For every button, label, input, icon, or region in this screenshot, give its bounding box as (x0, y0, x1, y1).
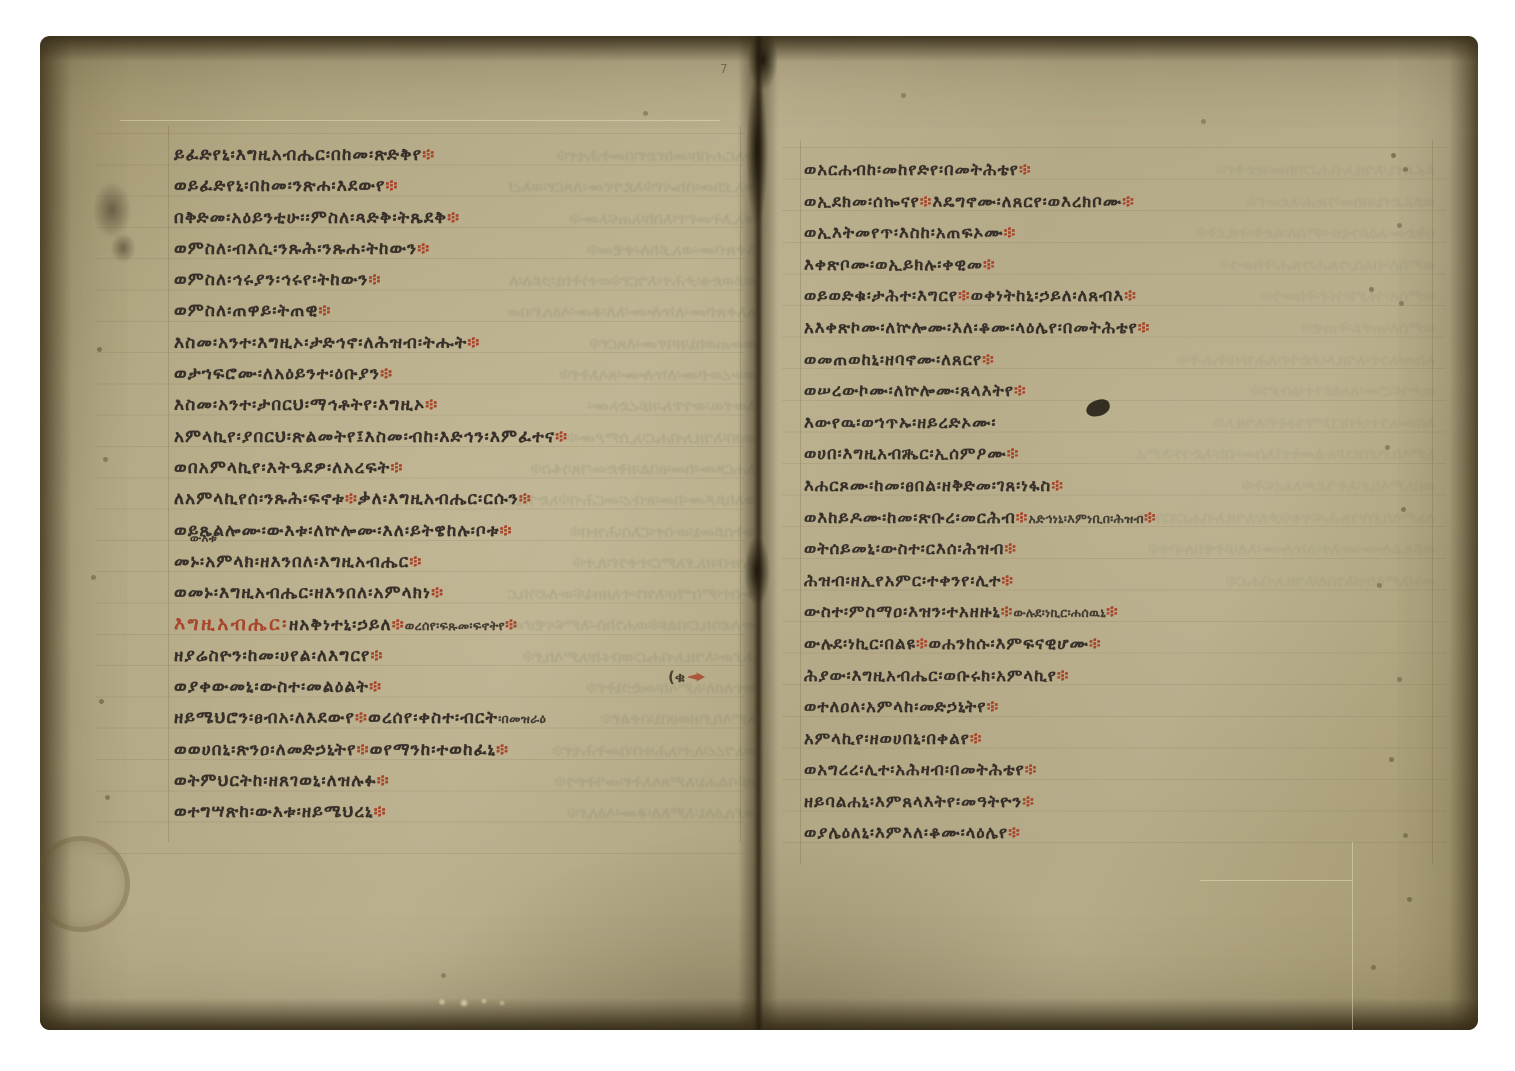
body-text: ወምስለ፡ብእሲ፡ንጹሕ፡ንጹሐ፡ትከውን (174, 239, 417, 259)
ghost-line: መኑ፡አምላክ፡ዘእንበለ፡እግዚአብሔር፨ (1135, 565, 1435, 594)
text-line: ሕያው፡እግዚአብሔር፡ወቡሩክ፡አምላኪየ፨ (804, 660, 1157, 692)
body-text: ዘያሬስዮን፡ከመ፡ሀየል፡ለእግርየ (174, 646, 371, 666)
text-line: ወያሌዕለኒ፡እምእለ፡ቆሙ፡ላዕሌየ፨ (804, 817, 1157, 849)
text-line: አምላኪየ፡ዘወሀበኒ፡በቀልየ፨ (804, 723, 1157, 755)
text-line: አእቀጽኮሙ፡ለኵሎሙ፡እለ፡ቆሙ፡ላዕሌየ፡በመትሕቴየ፨ (804, 312, 1157, 344)
rubric-text: ፨ (374, 802, 387, 822)
body-text: ወእከይዶሙ፡ከመ፡ጽቡረ፡መርሕብ (804, 508, 1016, 527)
body-text: እዴግኖሙ፡ለጸርየ፡ወእረክቦሙ (932, 192, 1122, 211)
interlinear-note: ፕ፡ (902, 446, 914, 461)
rubric-text: ፨ (983, 255, 996, 274)
rubric-text: ፨ (447, 208, 460, 228)
red-pointer-mark (688, 672, 705, 682)
rubric-text: ፨ (1144, 508, 1157, 527)
body-text: ሕያው፡እግዚአብሔር፡ወቡሩክ፡አምላኪየ (804, 666, 1057, 685)
body-text: ዘይባልሐኒ፡እምጸላእትየ፡መዓትዮን (804, 792, 1022, 811)
ghost-line: ወምስለ፡ብእሲ፡ንጹሕ፡ንጹሐ፡ትከውን፨ (1135, 249, 1435, 281)
crease-line (120, 120, 720, 121)
rubric-text: ፨ (1004, 539, 1017, 558)
rubric-text: ፨ (1051, 476, 1064, 495)
body-text: ወይፈድየኒ፡በከመ፡ንጽሐ፡እደውየ (174, 176, 386, 196)
body-text: አምላኪየ፡ዘወሀበኒ፡በቀልየ (804, 729, 970, 748)
rubric-text: ፨ (1089, 634, 1102, 653)
left-text-column: ይፈድየኒ፡እግዚአብሔር፡በከመ፡ጽድቅየ፨ወይፈድየኒ፡በከመ፡ንጽሐ፡እደ… (174, 140, 568, 829)
rubric-text: ፨ (1014, 381, 1027, 400)
body-text: ወምስለ፡ጠዋይ፡ትጠዊ (174, 301, 318, 321)
rubric-text: ፨ (1016, 508, 1029, 527)
rubric-text: ፨ (392, 615, 405, 635)
rubric-text: ፨ (425, 395, 438, 415)
ghost-line: ወምስለ፡ጠዋይ፡ትጠዊ፨ (1135, 312, 1435, 344)
text-line: እቀጽቦሙ፡ወኢይክሉ፡ቀዊመ፨ (804, 249, 1157, 281)
gutter-shadow-blob (744, 536, 770, 606)
rubric-text: ፨ (1007, 444, 1020, 463)
text-line: ወምስለ፡ኅሩያን፡ኅሩየ፡ትከውን፨ (174, 265, 568, 296)
body-text: በቅድመ፡አዕይንቲሁ፡፡ምስለ፡ጻድቅ፡ትጼደቅ (174, 208, 447, 228)
body-text: ወተለዐለ፡አምላከ፡መድኃኒትየ (804, 697, 987, 716)
wax-spots (432, 994, 522, 1010)
body-text: ወበአምላኪየ፡እትዔደዎ፡ለአረፍት (174, 458, 390, 478)
rubric-text: ፨ (1138, 318, 1151, 337)
ink-blotch-stain (86, 172, 138, 248)
text-line: ወወሀበኒ፡ጽንዐ፡ለመድኃኒትየ፨ወየማንከ፡ተወከፈኒ፨ (174, 735, 568, 766)
body-text: ውስተ፡ምስማዐ፡እዝን፡ተአዘዙኒ (804, 602, 1001, 621)
rubric-text: እግዚአብሔር፡ (174, 613, 289, 635)
ghost-line: ወታኀፍሮሙ፡ለአዕይንተ፡ዕቡያን፨ (1135, 375, 1435, 407)
text-line: ወይፈድየኒ፡በከመ፡ንጽሐ፡እደውየ፨ (174, 171, 568, 202)
rubric-text: ፨ (431, 583, 444, 603)
text-line: ወትሰይመኒ፡ውስተ፡ርእሰ፡ሕዝብ፨ (804, 533, 1157, 565)
rubric-text: ፨ (496, 740, 509, 760)
rubric-text: ፨ (987, 697, 1000, 716)
body-text: ዘይሜህሮን፡ፀብአ፡ለእደውየ (174, 708, 355, 728)
rubric-text: ፨ (1122, 192, 1135, 211)
text-line: ወመጠወከኒ፡ዘባኖሙ፡ለጸርየ፨ (804, 344, 1157, 376)
text-line: ወተግሣጽከ፡ውእቱ፡ዘይሜህረኒ፨ (174, 797, 568, 828)
rubric-text: ፨ (1019, 160, 1032, 179)
text-line: ወአርሐብከ፡መከየድየ፡በመትሕቴየ፨ (804, 154, 1157, 186)
text-line: ወሠረውኮሙ፡ለኵሎሙ፡ጸላእትየ፨ (804, 375, 1157, 407)
text-line: ወኢደክመ፡ሰኰናየ፨እዴግኖሙ፡ለጸርየ፡ወእረክቦሙ፨ (804, 186, 1157, 218)
rubric-text: ፨ (970, 729, 983, 748)
body-text: ዘአቅነተኒ፡ኃይለ (289, 615, 392, 635)
body-text: እውየዉ፡ወኀጥኡ፡ዘይረድኦሙ፡ (804, 413, 997, 432)
body-text: ወይጼልሎሙ፡ውእቱ፡ለኵሎሙ፡እለ፡ይትዌከሉ፡ቦቱ (174, 521, 500, 541)
rubric-text: ፨ (1124, 286, 1137, 305)
body-text: ወወሀበኒ፡ጽንዐ፡ለመድኃኒትየ (174, 740, 357, 760)
manuscript-photo: ወአርሐብከ፡መከየድየ፡በመትሕቴየ፨ወኢደክመ፡ሰኰናየ፨እዴግኖሙ፡ለጸር… (40, 36, 1478, 1030)
rubric-text: ፨ (505, 615, 518, 635)
gutter-shadow-blob (746, 76, 768, 226)
rubric-text: ፨ (369, 270, 382, 290)
body-text: ወሐንከሱ፡እምፍናዊሆሙ (929, 634, 1089, 653)
body-text: ቃለ፡እግዚአብሔር፡ርሱን (358, 489, 519, 509)
rubric-text: ፨ (422, 145, 435, 165)
body-text: ወመጠወከኒ፡ዘባኖሙ፡ለጸርየ (804, 350, 982, 369)
interlinear-note: ውእቱ (190, 531, 217, 546)
rubric-text: ፨ (916, 634, 929, 653)
bleedthrough-text: ይፈድየኒ፡እግዚአብሔር፡በከመ፡ጽድቅየ፨ወይፈድየኒ፡በከመ፡ንጽሐ፡እደ… (1135, 154, 1435, 594)
text-line: ወያቀውመኒ፡ውስተ፡መልዕልት፨ (174, 672, 568, 703)
body-text: ወትሰይመኒ፡ውስተ፡ርእሰ፡ሕዝብ (804, 539, 1004, 558)
text-line: ውስተ፡ምስማዐ፡እዝን፡ተአዘዙኒ፨ውሉደ፡ነኪር፡ሐሰዉኒ፨ (804, 596, 1157, 628)
text-line: በቅድመ፡አዕይንቲሁ፡፡ምስለ፡ጻድቅ፡ትጼደቅ፨ (174, 203, 568, 234)
rubric-text: ፨ (318, 301, 331, 321)
body-text: ወምስለ፡ኅሩያን፡ኅሩየ፡ትከውን (174, 270, 369, 290)
text-line: ይፈድየኒ፡እግዚአብሔር፡በከመ፡ጽድቅየ፨ (174, 140, 568, 171)
folio-number: 7 (720, 62, 728, 76)
text-line: ወአግረረ፡ሊተ፡አሕዛብ፡በመትሕቴየ፨ (804, 754, 1157, 786)
crease-line (1200, 880, 1352, 881)
body-text: ወይወድቁ፡ታሕተ፡እግርየ (804, 286, 958, 305)
rubric-text: ፨ (1008, 823, 1021, 842)
rubric-text: ፨ (1001, 602, 1014, 621)
text-line: አምላኪየ፡ያበርህ፡ጽልመትየ፤እስመ፡ብከ፡እድኅን፡እምፈተና፨ (174, 422, 568, 453)
body-text: ወመኑ፡እግዚአብሔር፡ዘእንበለ፡አምላክነ (174, 583, 431, 603)
body-text: ይፈድየኒ፡እግዚአብሔር፡በከመ፡ጽድቅየ (174, 145, 422, 165)
text-line: ወምስለ፡ጠዋይ፡ትጠዊ፨ (174, 296, 568, 327)
body-text: ወኢደክመ፡ሰኰናየ (804, 192, 920, 211)
rubric-text: ፨ (555, 427, 568, 447)
text-line: ውሉደ፡ነኪር፡በልዩ፨ወሐንከሱ፡እምፍናዊሆሙ፨ (804, 628, 1157, 660)
justification-line (1432, 140, 1433, 864)
text-line: ወይወድቁ፡ታሕተ፡እግርየ፨ወቀነትከኒ፡ኃይለ፡ለጸብእ፨ (804, 280, 1157, 312)
ghost-line: ለአምላኪየሰ፡ንጹሕ፡ፍኖቱ፨ቃለ፡እግዚአብሔር፡ርሱን፨ (1135, 502, 1435, 534)
rubric-text: ፨ (467, 333, 480, 353)
margin-mark-text: (ቁ (668, 668, 685, 686)
ink-blotch-stain (106, 228, 140, 268)
rubric-text: ፨ (519, 489, 532, 509)
body-text: ወሠረውኮሙ፡ለኵሎሙ፡ጸላእትየ (804, 381, 1014, 400)
ghost-line: ወበአምላኪየ፡እትዔደዎ፡ለአረፍት፨ (1135, 470, 1435, 502)
rubric-text: ፨ (377, 771, 390, 791)
body-text: ወአግረረ፡ሊተ፡አሕዛብ፡በመትሕቴየ (804, 760, 1025, 779)
rubric-text: ፨ (1022, 792, 1035, 811)
justification-line (800, 140, 801, 864)
ghost-line: ይፈድየኒ፡እግዚአብሔር፡በከመ፡ጽድቅየ፨ (1135, 154, 1435, 186)
ghost-line: እስመ፡አንተ፡ታበርህ፡ማኅቶትየ፡እግዚኦ፨ (1135, 407, 1435, 439)
text-line: ወመኑ፡እግዚአብሔር፡ዘእንበለ፡አምላክነ፨ (174, 578, 568, 609)
rubric-text: ፨ (357, 740, 370, 760)
text-line: እስመ፡አንተ፡ታበርህ፡ማኅቶትየ፡እግዚኦ፨ (174, 390, 568, 421)
rubric-text: ፨ (1001, 571, 1014, 590)
text-line: ለአምላኪየሰ፡ንጹሕ፡ፍኖቱ፨ቃለ፡እግዚአብሔር፡ርሱን፨ (174, 484, 568, 515)
rubric-text: ፨ (417, 239, 430, 259)
text-line: ወይጼልሎሙ፡ውእቱ፡ለኵሎሙ፡እለ፡ይትዌከሉ፡ቦቱ፨ (174, 516, 568, 547)
margin-mark: (ቁ (668, 668, 705, 686)
rubric-text: ፨ (371, 646, 384, 666)
text-line: ወኢእትመየጥ፡እስከ፡አጠፍኦሙ፨ (804, 217, 1157, 249)
body-text: እስመ፡አንተ፡እግዚኦ፡ታድኅኖ፡ለሕዝብ፡ትሑት (174, 333, 467, 353)
ghost-line: ወምስለ፡ኅሩያን፡ኅሩየ፡ትከውን፨ (1135, 280, 1435, 312)
text-line: መኑ፡አምላክ፡ዘእንበለ፡እግዚአብሔር፨ (174, 547, 568, 578)
text-line: ወበአምላኪየ፡እትዔደዎ፡ለአረፍት፨ (174, 453, 568, 484)
ghost-line: እስመ፡አንተ፡እግዚኦ፡ታድኅኖ፡ለሕዝብ፡ትሑት፨ (1135, 344, 1435, 376)
text-line: ዘይባልሐኒ፡እምጸላእትየ፡መዓትዮን፨ (804, 786, 1157, 818)
body-text: አድኅነኒ፡እምነቢበ፡ሕዝብ (1028, 511, 1144, 526)
justification-line (168, 126, 169, 842)
text-line: እውየዉ፡ወኀጥኡ፡ዘይረድኦሙ፡ (804, 407, 1157, 439)
rubric-text: ፨ (355, 708, 368, 728)
body-text: ወያቀውመኒ፡ውስተ፡መልዕልት (174, 677, 369, 697)
body-text: አምላኪየ፡ያበርህ፡ጽልመትየ፤ (174, 427, 365, 447)
rubric-text: ፨ (1057, 666, 1070, 685)
body-text: ወቀነትከኒ፡ኃይለ፡ለጸብእ (971, 286, 1125, 305)
rubric-text: ፨ (920, 192, 933, 211)
body-text: አእቀጽኮሙ፡ለኵሎሙ፡እለ፡ቆሙ፡ላዕሌየ፡በመትሕቴየ (804, 318, 1138, 337)
text-line: ወትምህርትከ፡ዘጸገወኒ፡ለዝሉፉ፨ (174, 766, 568, 797)
rubric-text: ፨ (1106, 602, 1119, 621)
body-text: ወኢእትመየጥ፡እስከ፡አጠፍኦሙ (804, 223, 1004, 242)
body-text: ወታኀፍሮሙ፡ለአዕይንተ፡ዕቡያን (174, 364, 380, 384)
body-text: ወተግሣጽከ፡ውእቱ፡ዘይሜህረኒ (174, 802, 374, 822)
ghost-line: ወይጼልሎሙ፡ውእቱ፡ለኵሎሙ፡እለ፡ይትዌከሉ፡ቦቱ፨ (1135, 533, 1435, 565)
rubric-text: ፨ (982, 350, 995, 369)
rubric-text: ፨ (409, 552, 422, 572)
text-line: ወታኀፍሮሙ፡ለአዕይንተ፡ዕቡያን፨ (174, 359, 568, 390)
right-text-column: ወአርሐብከ፡መከየድየ፡በመትሕቴየ፨ወኢደክመ፡ሰኰናየ፨እዴግኖሙ፡ለጸር… (804, 154, 1157, 849)
body-text: መኑ፡አምላክ፡ዘእንበለ፡እግዚአብሔር (174, 552, 409, 572)
body-text: ወረሰየ፡ቀስተ፡ብርት (368, 708, 498, 728)
ghost-line: ወይፈድየኒ፡በከመ፡ንጽሐ፡እደውየ፨ (1135, 186, 1435, 218)
rubric-text: ፨ (380, 364, 393, 384)
text-line: ወምስለ፡ብእሲ፡ንጹሕ፡ንጹሐ፡ትከውን፨ (174, 234, 568, 265)
text-line: ዘያሬስዮን፡ከመ፡ሀየል፡ለእግርየ፨ (174, 641, 568, 672)
body-text: ለአምላኪየሰ፡ንጹሕ፡ፍኖቱ (174, 489, 345, 509)
body-text: ወረሰየ፡ፍጹመ፡ፍኖትየ (405, 618, 505, 633)
text-line: ወተለዐለ፡አምላከ፡መድኃኒትየ፨ (804, 691, 1157, 723)
body-text: እሐርጾሙ፡ከመ፡ፀበል፡ዘቅድመ፡ገጸ፡ነፋስ (804, 476, 1051, 495)
crease-line (1352, 842, 1353, 1030)
rubric-text: ፨ (345, 489, 358, 509)
body-text: እስመ፡ብከ፡እድኅን፡እምፈተና (365, 427, 555, 447)
rubric-text: ፨ (500, 521, 513, 541)
body-text: ውሉደ፡ነኪር፡በልዩ (804, 634, 916, 653)
rubric-text: ፨ (390, 458, 403, 478)
text-line: ዘይሜህሮን፡ፀብአ፡ለእደውየ፨ወረሰየ፡ቀስተ፡ብርት፡በመዝራዕ (174, 703, 568, 734)
rubric-text: ፨ (958, 286, 971, 305)
body-text: ወያሌዕለኒ፡እምእለ፡ቆሙ፡ላዕሌየ (804, 823, 1008, 842)
body-text: ውሉደ፡ነኪር፡ሐሰዉኒ (1013, 605, 1106, 620)
body-text: እቀጽቦሙ፡ወኢይክሉ፡ቀዊመ (804, 255, 983, 274)
ghost-line: በቅድመ፡አዕይንቲሁ፡፡ምስለ፡ጻድቅ፡ትጼደቅ፨ (1135, 217, 1435, 249)
text-line: ወሀበ፡እግዚአብሔር፡ኢሰምዖሙ፨ (804, 438, 1157, 470)
rubric-text: ፨ (1004, 223, 1017, 242)
text-line: ወእከይዶሙ፡ከመ፡ጽቡረ፡መርሕብ፨አድኅነኒ፡እምነቢበ፡ሕዝብ፨ (804, 502, 1157, 534)
rubric-text: ፨ (369, 677, 382, 697)
body-text: ወትምህርትከ፡ዘጸገወኒ፡ለዝሉፉ (174, 771, 377, 791)
text-line: እሐርጾሙ፡ከመ፡ፀበል፡ዘቅድመ፡ገጸ፡ነፋስ፨ (804, 470, 1157, 502)
rubric-text: ፨ (1025, 760, 1038, 779)
body-text: ፡በመዝራዕ (498, 711, 546, 726)
body-text: ወየማንከ፡ተወከፈኒ (370, 740, 496, 760)
text-line: እግዚአብሔር፡ዘአቅነተኒ፡ኃይለ፨ወረሰየ፡ፍጹመ፡ፍኖትየ፨ (174, 609, 568, 640)
speck-dots (40, 36, 43, 39)
rubric-text: ፨ (386, 176, 399, 196)
ghost-line: አምላኪየ፡ያበርህ፡ጽልመትየ፤እስመ፡ብከ፡እድኅን፡እምፈተና፨ (1135, 438, 1435, 470)
body-text: ሕዝብ፡ዘኢየአምር፡ተቀንየ፡ሊተ (804, 571, 1001, 590)
body-text: ወአርሐብከ፡መከየድየ፡በመትሕቴየ (804, 160, 1019, 179)
text-line: ሕዝብ፡ዘኢየአምር፡ተቀንየ፡ሊተ፨ (804, 565, 1157, 597)
ring-stain (40, 836, 130, 932)
text-line: እስመ፡አንተ፡እግዚኦ፡ታድኅኖ፡ለሕዝብ፡ትሑት፨ (174, 328, 568, 359)
body-text: እስመ፡አንተ፡ታበርህ፡ማኅቶትየ፡እግዚኦ (174, 395, 425, 415)
